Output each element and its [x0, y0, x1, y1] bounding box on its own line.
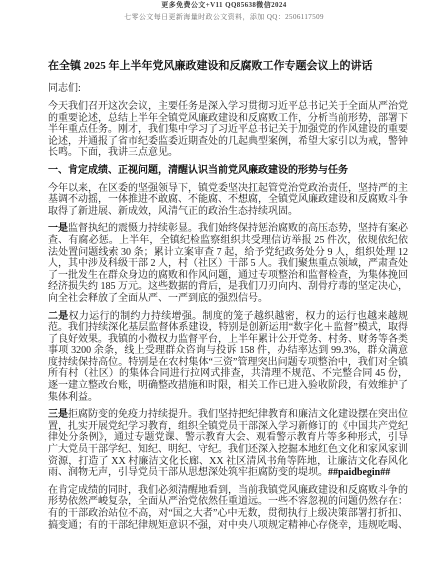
watermark-header: 更多免费公文+V11 QQ85638微信2024 七零公文每日更新海量时政公文资…: [0, 0, 448, 22]
paragraph-text: 一、肯定成绩、正视问题，清醒认识当前党风廉政建设的形势与任务: [48, 165, 348, 176]
paid-begin-marker: ##paidbegin##: [328, 467, 390, 478]
document-page: 更多免费公文+V11 QQ85638微信2024 七零公文每日更新海量时政公文资…: [0, 0, 448, 580]
section-heading: 一、肯定成绩、正视问题，清醒认识当前党风廉政建设的形势与任务: [48, 165, 408, 177]
paragraph-lead: 二是: [48, 311, 69, 322]
watermark-line-1: 更多免费公文+V11 QQ85638微信2024: [0, 1, 448, 10]
document-title: 在全镇 2025 年上半年党风廉政建设和反腐败工作专题会议上的讲话: [48, 59, 408, 74]
paragraph-lead: 一是: [48, 223, 68, 234]
paragraph: 二是权力运行的制约力持续增强。制度的笼子越织越密，权力的运行也越来越规范。我们持…: [48, 311, 408, 404]
document-content: 在全镇 2025 年上半年党风廉政建设和反腐败工作专题会议上的讲话 同志们: 今…: [0, 22, 448, 531]
paragraph: 今天我们召开这次会议，主要任务是深入学习贯彻习近平总书记关于全面从严治党的重要论…: [48, 101, 408, 159]
paragraph-text: 权力运行的制约力持续增强。制度的笼子越织越密，权力的运行也越来越规范。我们持续深…: [48, 311, 408, 403]
paragraph-text: 监督执纪的震慑力持续彰显。我们始终保持惩治腐败的高压态势，坚持有案必查、有腐必惩…: [48, 223, 408, 304]
paragraph-text: 今天我们召开这次会议，主要任务是深入学习贯彻习近平总书记关于全面从严治党的重要论…: [48, 101, 408, 158]
paragraph-text: 今年以来，在区委的坚强领导下，镇党委坚决扛起管党治党政治责任，坚持严的主基调不动…: [48, 183, 408, 217]
paragraph-lead: 三是: [48, 409, 68, 420]
salutation: 同志们:: [48, 83, 408, 95]
paragraph: 今年以来，在区委的坚强领导下，镇党委坚决扛起管党治党政治责任，坚持严的主基调不动…: [48, 183, 408, 218]
paragraph-list: 今天我们召开这次会议，主要任务是深入学习贯彻习近平总书记关于全面从严治党的重要论…: [48, 101, 408, 531]
watermark-line-2: 七零公文每日更新海量时政公文资料，添加 QQ：2506117509: [0, 13, 448, 22]
paragraph: 一是监督执纪的震慑力持续彰显。我们始终保持惩治腐败的高压态势，坚持有案必查、有腐…: [48, 223, 408, 304]
paragraph: 在肯定成绩的同时，我们必须清醒地看到，当前我镇党风廉政建设和反腐败斗争的形势依然…: [48, 485, 408, 531]
paragraph-text: 在肯定成绩的同时，我们必须清醒地看到，当前我镇党风廉政建设和反腐败斗争的形势依然…: [48, 485, 408, 531]
paragraph: 三是拒腐防变的免疫力持续提升。我们坚持把纪律教育和廉洁文化建设摆在突出位置，扎实…: [48, 409, 408, 479]
